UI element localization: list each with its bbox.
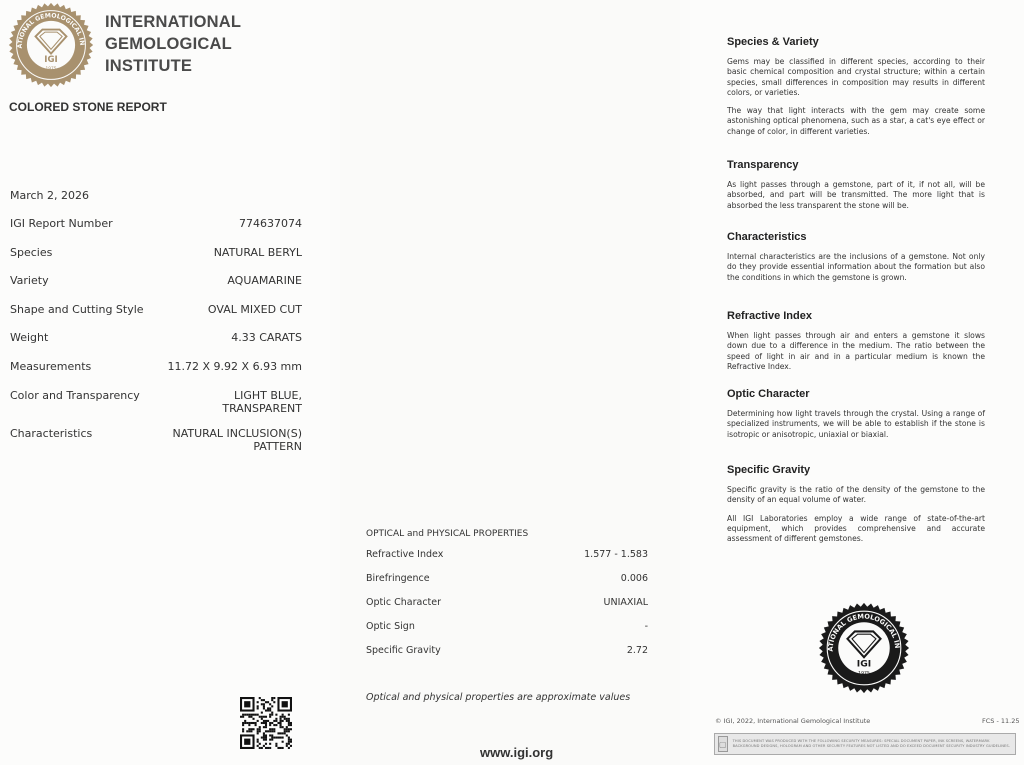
glossary-section: Refractive IndexWhen light passes throug… — [727, 310, 985, 372]
section-heading: Characteristics — [727, 231, 985, 243]
section-paragraph: All IGI Laboratories employ a wide range… — [727, 514, 985, 545]
section-heading: Specific Gravity — [727, 464, 985, 476]
row-label: Refractive Index — [366, 549, 443, 560]
section-heading: Optic Character — [727, 388, 985, 400]
glossary-section: CharacteristicsInternal characteristics … — [727, 231, 985, 283]
row-value: 11.72 X 9.92 X 6.93 mm — [168, 360, 302, 373]
svg-text:IGI: IGI — [44, 55, 57, 65]
row-label: Shape and Cutting Style — [10, 303, 144, 316]
section-paragraph: Gems may be classified in different spec… — [727, 57, 985, 98]
section-paragraph: Internal characteristics are the inclusi… — [727, 252, 985, 283]
row-value: UNIAXIAL — [604, 597, 648, 608]
row-value: NATURAL INCLUSION(S) PATTERN — [173, 427, 302, 453]
section-heading: Species & Variety — [727, 36, 985, 48]
glossary-section: Species & VarietyGems may be classified … — [727, 36, 985, 137]
row-value: NATURAL BERYL — [214, 246, 302, 259]
qr-code[interactable] — [240, 697, 292, 749]
row-label: Variety — [10, 274, 49, 287]
row-value: 0.006 — [621, 573, 648, 584]
section-paragraph: Specific gravity is the ratio of the den… — [727, 485, 985, 506]
row-label: Weight — [10, 331, 48, 344]
section-paragraph: When light passes through air and enters… — [727, 331, 985, 372]
igi-seal-stamp: INTERNATIONAL GEMOLOGICAL INSTITUTEIGI19… — [818, 602, 910, 694]
section-paragraph: The way that light interacts with the ge… — [727, 106, 985, 137]
row-label: Color and Transparency — [10, 389, 140, 402]
section-heading: Transparency — [727, 159, 985, 171]
row-label: Species — [10, 246, 52, 259]
security-notice: ▢ THIS DOCUMENT WAS PRODUCED WITH THE FO… — [714, 733, 1016, 755]
row-value: 4.33 CARATS — [231, 331, 302, 344]
section-paragraph: As light passes through a gemstone, part… — [727, 180, 985, 211]
section-paragraph: Determining how light travels through th… — [727, 409, 985, 440]
org-name-line: INTERNATIONAL — [105, 11, 241, 33]
row-value: 1.577 - 1.583 — [584, 549, 648, 560]
form-code: FCS - 11.25 — [982, 717, 1020, 725]
security-notice-text: THIS DOCUMENT WAS PRODUCED WITH THE FOLL… — [733, 739, 1015, 749]
row-value: LIGHT BLUE, TRANSPARENT — [222, 389, 302, 415]
optical-properties-title: OPTICAL and PHYSICAL PROPERTIES — [366, 529, 528, 539]
svg-text:IGI: IGI — [857, 658, 871, 669]
org-name-line: INSTITUTE — [105, 55, 241, 77]
row-label: Optic Character — [366, 597, 441, 608]
igi-seal-logo: INTERNATIONAL GEMOLOGICAL INSTITUTEIGI19… — [8, 2, 94, 88]
row-label: Optic Sign — [366, 621, 415, 632]
report-date: March 2, 2026 — [10, 189, 89, 202]
row-label: IGI Report Number — [10, 217, 113, 230]
organization-name: INTERNATIONAL GEMOLOGICAL INSTITUTE — [105, 11, 241, 77]
org-name-line: GEMOLOGICAL — [105, 33, 241, 55]
glossary-section: TransparencyAs light passes through a ge… — [727, 159, 985, 211]
row-value: AQUAMARINE — [227, 274, 302, 287]
lock-icon: ▢ — [718, 736, 728, 752]
approximate-values-note: Optical and physical properties are appr… — [366, 692, 630, 703]
row-value: 774637074 — [239, 217, 302, 230]
report-front-panel — [0, 0, 330, 765]
row-value: OVAL MIXED CUT — [208, 303, 302, 316]
copyright-text: © IGI, 2022, International Gemological I… — [715, 717, 870, 725]
glossary-section: Optic CharacterDetermining how light tra… — [727, 388, 985, 440]
website-link[interactable]: www.igi.org — [480, 745, 553, 760]
row-value: - — [645, 621, 648, 632]
report-title: COLORED STONE REPORT — [9, 100, 167, 114]
section-heading: Refractive Index — [727, 310, 985, 322]
glossary-section: Specific GravitySpecific gravity is the … — [727, 464, 985, 544]
row-label: Birefringence — [366, 573, 430, 584]
row-label: Measurements — [10, 360, 91, 373]
svg-text:1975: 1975 — [858, 671, 870, 677]
svg-text:1975: 1975 — [46, 66, 57, 72]
row-label: Specific Gravity — [366, 645, 441, 656]
row-label: Characteristics — [10, 427, 92, 440]
row-value: 2.72 — [627, 645, 648, 656]
